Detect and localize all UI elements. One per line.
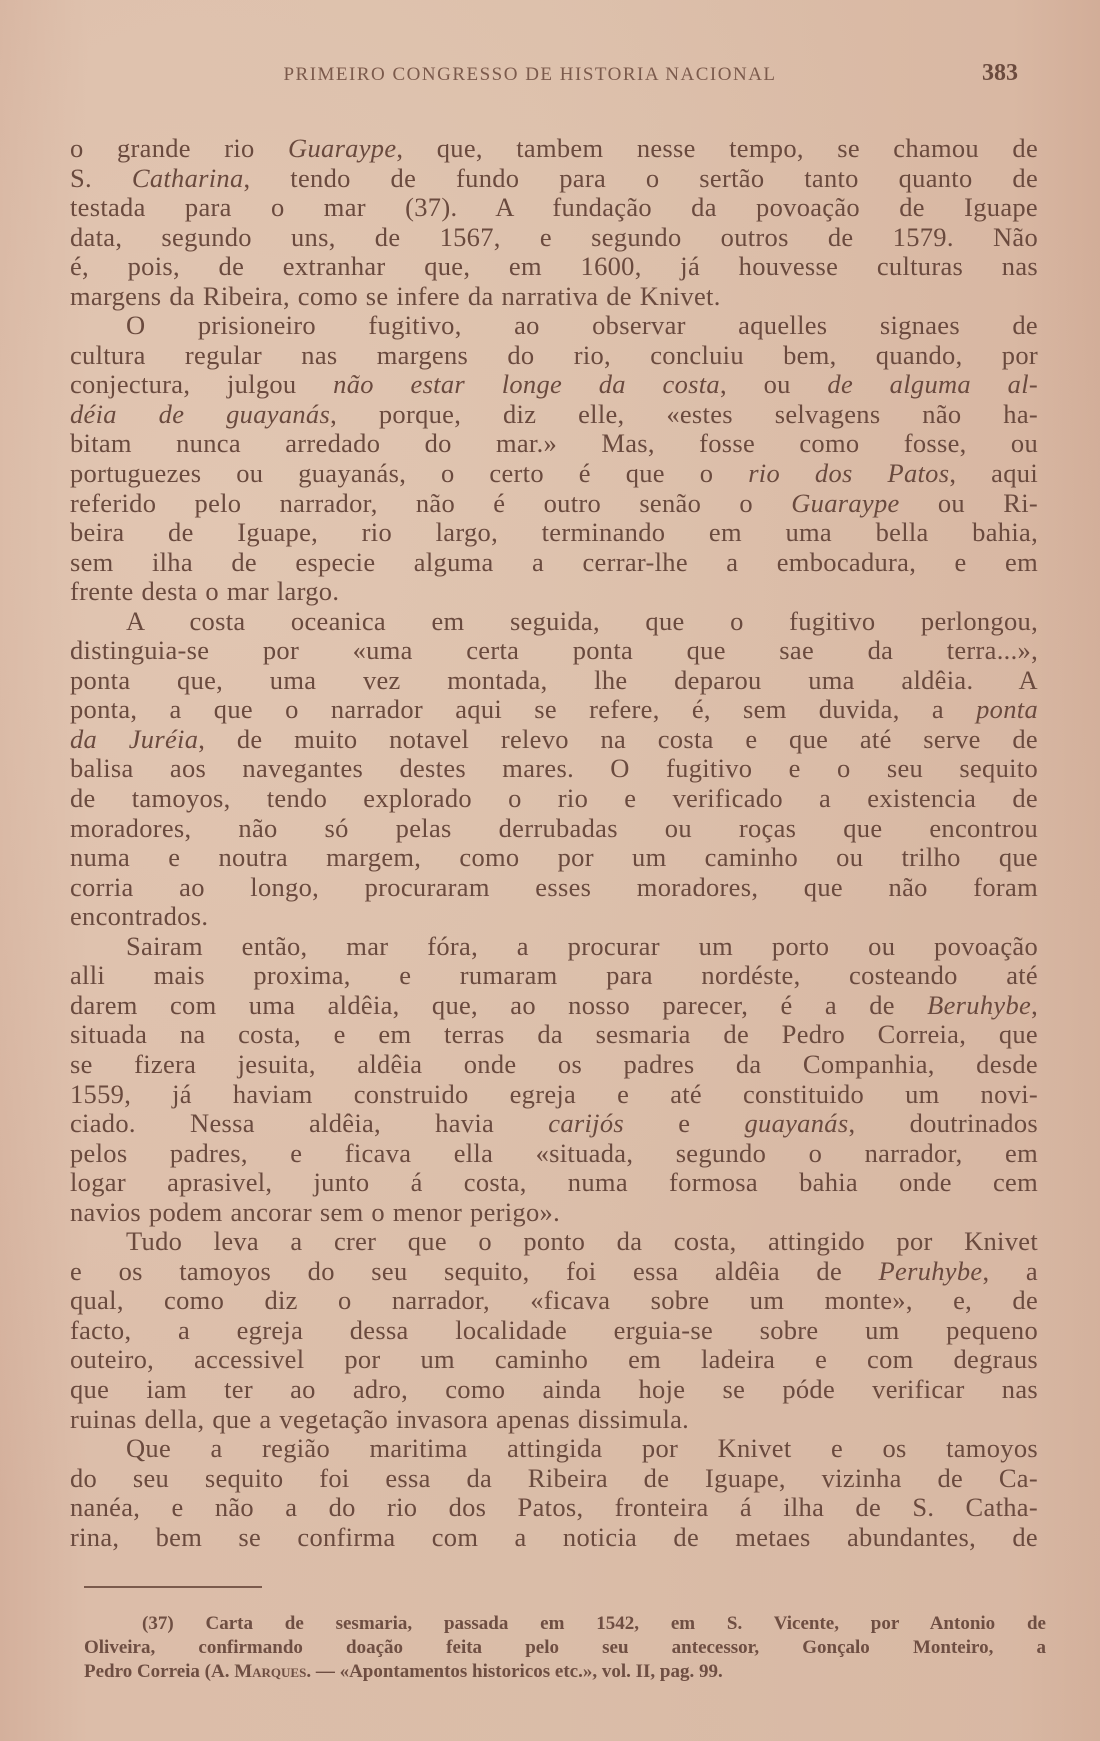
text-line: pelos padres, e ficava ella «situada, se…: [70, 1139, 1038, 1169]
scanned-book-page: Primeiro Congresso de Historia Nacional …: [0, 0, 1100, 1741]
text-line: distinguia-se por «uma certa ponta que s…: [70, 636, 1038, 666]
text-run: rina, bem se confirma com a noticia de m…: [70, 1522, 1038, 1552]
text-line: S. Catharina, tendo de fundo para o sert…: [70, 164, 1038, 194]
text-line: balisa aos navegantes destes mares. O fu…: [70, 754, 1038, 784]
text-line: logar aprasivel, junto á costa, numa for…: [70, 1168, 1038, 1198]
text-run: , de muito notavel relevo na costa e que…: [198, 724, 1038, 754]
text-run: do seu sequito foi essa da Ribeira de Ig…: [70, 1463, 1038, 1493]
text-line: ponta que, uma vez montada, lhe deparou …: [70, 666, 1038, 696]
text-run: , porque, diz elle, «estes selvagens não…: [330, 399, 1038, 429]
text-run: 1559, já haviam construido egreja e até …: [70, 1079, 1038, 1109]
text-run: cultura regular nas margens do rio, conc…: [70, 340, 1038, 370]
text-run: alli mais proxima, e rumaram para nordés…: [70, 960, 1038, 990]
text-run: Que a região maritima attingida por Kniv…: [126, 1433, 1038, 1463]
text-line: navios podem ancorar sem o menor perigo»…: [70, 1198, 1038, 1228]
text-line: facto, a egreja dessa localidade erguia-…: [70, 1316, 1038, 1346]
text-line: data, segundo uns, de 1567, e segundo ou…: [70, 223, 1038, 253]
text-run: ponta, a que o narrador aqui se refere, …: [70, 694, 976, 724]
text-line: beira de Iguape, rio largo, terminando e…: [70, 518, 1038, 548]
text-run: ponta que, uma vez montada, lhe deparou …: [70, 665, 1038, 695]
text-run: ruinas della, que a vegetação invasora a…: [70, 1404, 689, 1434]
italic-text: guayanás: [744, 1108, 848, 1138]
text-line: margens da Ribeira, como se infere da na…: [70, 282, 1038, 312]
text-line: e os tamoyos do seu sequito, foi essa al…: [70, 1257, 1038, 1287]
text-line: que iam ter ao adro, como ainda hoje se …: [70, 1375, 1038, 1405]
text-line: corria ao longo, procuraram esses morado…: [70, 873, 1038, 903]
text-line: rina, bem se confirma com a noticia de m…: [70, 1523, 1038, 1553]
small-caps-text: Marques: [234, 1661, 306, 1682]
text-run: sem ilha de especie alguma a cerrar-lhe …: [70, 547, 1038, 577]
text-run: ciado. Nessa aldêia, havia: [70, 1108, 548, 1138]
text-run: ,: [1031, 990, 1038, 1020]
text-run: navios podem ancorar sem o menor perigo»…: [70, 1197, 560, 1227]
italic-text: da Juréia: [70, 724, 198, 754]
text-line: conjectura, julgou não estar longe da co…: [70, 370, 1038, 400]
text-line: ponta, a que o narrador aqui se refere, …: [70, 695, 1038, 725]
text-run: nanéa, e não a do rio dos Patos, frontei…: [70, 1492, 1038, 1522]
text-line: Tudo leva a crer que o ponto da costa, a…: [70, 1227, 1038, 1257]
text-run: , que, tambem nesse tempo, se chamou de: [396, 133, 1038, 163]
text-line: qual, como diz o narrador, «ficava sobre…: [70, 1286, 1038, 1316]
text-run: se fizera jesuita, aldêia onde os padres…: [70, 1049, 1038, 1079]
text-line: numa e noutra margem, como por um caminh…: [70, 843, 1038, 873]
text-line: cultura regular nas margens do rio, conc…: [70, 341, 1038, 371]
text-run: situada na costa, e em terras da sesmari…: [70, 1019, 1038, 1049]
text-run: de tamoyos, tendo explorado o rio e veri…: [70, 783, 1038, 813]
text-run: S.: [70, 163, 132, 193]
italic-text: rio dos Patos: [748, 458, 949, 488]
text-run: balisa aos navegantes destes mares. O fu…: [70, 753, 1038, 783]
text-run: qual, como diz o narrador, «ficava sobre…: [70, 1285, 1038, 1315]
text-run: (37) Carta de sesmaria, passada em 1542,…: [142, 1613, 1046, 1634]
text-line: Que a região maritima attingida por Kniv…: [70, 1434, 1038, 1464]
text-run: logar aprasivel, junto á costa, numa for…: [70, 1167, 1038, 1197]
text-run: , tendo de fundo para o sertão tanto qua…: [244, 163, 1039, 193]
text-run: Tudo leva a crer que o ponto da costa, a…: [126, 1226, 1038, 1256]
text-run: outeiro, accessivel por um caminho em la…: [70, 1344, 1038, 1374]
text-run: o grande rio: [70, 133, 288, 163]
page-number: 383: [982, 60, 1018, 87]
running-title: Primeiro Congresso de Historia Nacional: [200, 64, 860, 86]
footnote-line: Oliveira, confirmando doação feita pelo …: [84, 1636, 1046, 1660]
text-line: 1559, já haviam construido egreja e até …: [70, 1080, 1038, 1110]
italic-text: Guaraype: [288, 133, 396, 163]
text-run: . — «Apontamentos historicos etc.», vol.…: [306, 1661, 722, 1682]
italic-text: carijós: [548, 1108, 624, 1138]
text-run: conjectura, julgou: [70, 369, 333, 399]
text-line: portuguezes ou guayanás, o certo é que o…: [70, 459, 1038, 489]
text-run: , doutrinados: [848, 1108, 1038, 1138]
italic-text: déia de guayanás: [70, 399, 330, 429]
text-run: data, segundo uns, de 1567, e segundo ou…: [70, 222, 1038, 252]
text-run: portuguezes ou guayanás, o certo é que o: [70, 458, 748, 488]
text-run: frente desta o mar largo.: [70, 576, 339, 606]
text-line: A costa oceanica em seguida, que o fugit…: [70, 607, 1038, 637]
text-run: beira de Iguape, rio largo, terminando e…: [70, 517, 1038, 547]
text-line: situada na costa, e em terras da sesmari…: [70, 1020, 1038, 1050]
text-line: alli mais proxima, e rumaram para nordés…: [70, 961, 1038, 991]
italic-text: não estar longe da costa: [333, 369, 720, 399]
footnote-line: (37) Carta de sesmaria, passada em 1542,…: [84, 1612, 1046, 1636]
text-run: , ou: [720, 369, 827, 399]
text-run: é, pois, de extranhar que, em 1600, já h…: [70, 251, 1038, 281]
text-run: Sairam então, mar fóra, a procurar um po…: [126, 931, 1038, 961]
text-line: de tamoyos, tendo explorado o rio e veri…: [70, 784, 1038, 814]
footnote-divider: [84, 1586, 262, 1588]
text-line: se fizera jesuita, aldêia onde os padres…: [70, 1050, 1038, 1080]
text-run: darem com uma aldêia, que, ao nosso pare…: [70, 990, 927, 1020]
text-run: pelos padres, e ficava ella «situada, se…: [70, 1138, 1038, 1168]
text-run: margens da Ribeira, como se infere da na…: [70, 281, 721, 311]
text-run: distinguia-se por «uma certa ponta que s…: [70, 635, 1038, 665]
text-line: testada para o mar (37). A fundação da p…: [70, 193, 1038, 223]
text-line: frente desta o mar largo.: [70, 577, 1038, 607]
text-line: da Juréia, de muito notavel relevo na co…: [70, 725, 1038, 755]
text-line: o grande rio Guaraype, que, tambem nesse…: [70, 134, 1038, 164]
text-line: encontrados.: [70, 902, 1038, 932]
text-run: testada para o mar (37). A fundação da p…: [70, 192, 1038, 222]
text-line: ciado. Nessa aldêia, havia carijós e gua…: [70, 1109, 1038, 1139]
italic-text: ponta: [976, 694, 1038, 724]
text-run: O prisioneiro fugitivo, ao observar aque…: [126, 310, 1038, 340]
text-run: numa e noutra margem, como por um caminh…: [70, 842, 1038, 872]
text-run: encontrados.: [70, 901, 208, 931]
text-run: , aqui: [949, 458, 1038, 488]
text-run: Pedro Correia (A.: [84, 1661, 234, 1682]
text-line: referido pelo narrador, não é outro senã…: [70, 489, 1038, 519]
text-line: ruinas della, que a vegetação invasora a…: [70, 1405, 1038, 1435]
italic-text: Guaraype: [791, 488, 899, 518]
text-line: déia de guayanás, porque, diz elle, «est…: [70, 400, 1038, 430]
footnote-line: Pedro Correia (A. Marques. — «Apontament…: [84, 1660, 1046, 1684]
text-line: moradores, não só pelas derrubadas ou ro…: [70, 814, 1038, 844]
text-run: facto, a egreja dessa localidade erguia-…: [70, 1315, 1038, 1345]
text-run: ou Ri-: [900, 488, 1038, 518]
text-line: darem com uma aldêia, que, ao nosso pare…: [70, 991, 1038, 1021]
text-run: e: [624, 1108, 744, 1138]
italic-text: Peruhybe: [879, 1256, 983, 1286]
footnote: (37) Carta de sesmaria, passada em 1542,…: [84, 1612, 1046, 1684]
text-run: que iam ter ao adro, como ainda hoje se …: [70, 1374, 1038, 1404]
text-line: é, pois, de extranhar que, em 1600, já h…: [70, 252, 1038, 282]
text-line: outeiro, accessivel por um caminho em la…: [70, 1345, 1038, 1375]
text-line: sem ilha de especie alguma a cerrar-lhe …: [70, 548, 1038, 578]
text-run: A costa oceanica em seguida, que o fugit…: [126, 606, 1038, 636]
text-run: referido pelo narrador, não é outro senã…: [70, 488, 791, 518]
text-line: O prisioneiro fugitivo, ao observar aque…: [70, 311, 1038, 341]
body-text: o grande rio Guaraype, que, tambem nesse…: [70, 134, 1038, 1552]
text-line: bitam nunca arredado do mar.» Mas, fosse…: [70, 429, 1038, 459]
text-run: e os tamoyos do seu sequito, foi essa al…: [70, 1256, 879, 1286]
text-line: nanéa, e não a do rio dos Patos, frontei…: [70, 1493, 1038, 1523]
text-run: , a: [982, 1256, 1038, 1286]
italic-text: Beruhybe: [927, 990, 1031, 1020]
text-line: do seu sequito foi essa da Ribeira de Ig…: [70, 1464, 1038, 1494]
text-line: Sairam então, mar fóra, a procurar um po…: [70, 932, 1038, 962]
text-run: bitam nunca arredado do mar.» Mas, fosse…: [70, 428, 1038, 458]
italic-text: Catharina: [132, 163, 244, 193]
text-run: Oliveira, confirmando doação feita pelo …: [84, 1637, 1046, 1658]
text-run: corria ao longo, procuraram esses morado…: [70, 872, 1038, 902]
italic-text: de alguma al-: [827, 369, 1038, 399]
text-run: moradores, não só pelas derrubadas ou ro…: [70, 813, 1038, 843]
